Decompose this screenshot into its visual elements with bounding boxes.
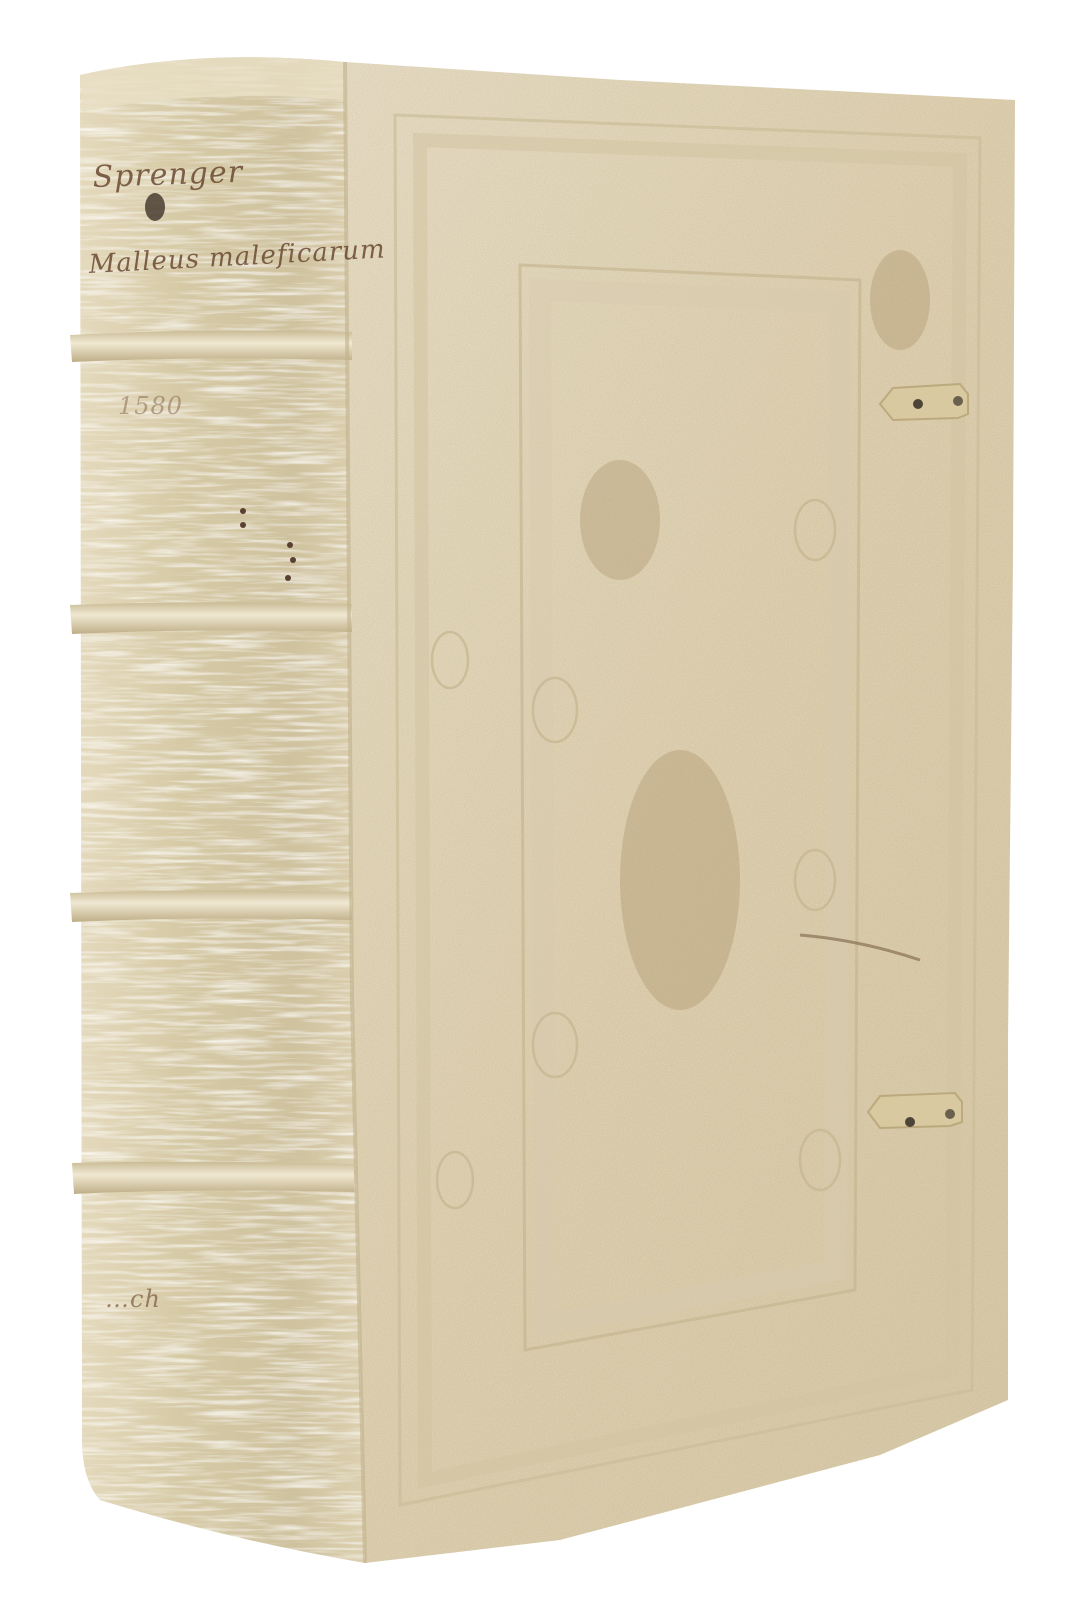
spine-lower-label: …ch xyxy=(105,1285,161,1313)
spine xyxy=(70,57,365,1563)
clasp-catch-upper xyxy=(880,384,968,420)
raised-band xyxy=(70,331,352,362)
book-illustration xyxy=(0,0,1073,1600)
spine-date-inscription: 1580 xyxy=(118,392,183,420)
raised-band xyxy=(70,602,352,634)
spine-author-inscription: Sprenger xyxy=(92,155,244,195)
book-photo: Sprenger Malleus maleficarum 1580 …ch xyxy=(0,0,1073,1600)
raised-band xyxy=(72,1162,354,1194)
raised-band xyxy=(70,890,352,922)
clasp-catch-lower xyxy=(868,1093,962,1128)
front-cover xyxy=(345,62,1015,1563)
